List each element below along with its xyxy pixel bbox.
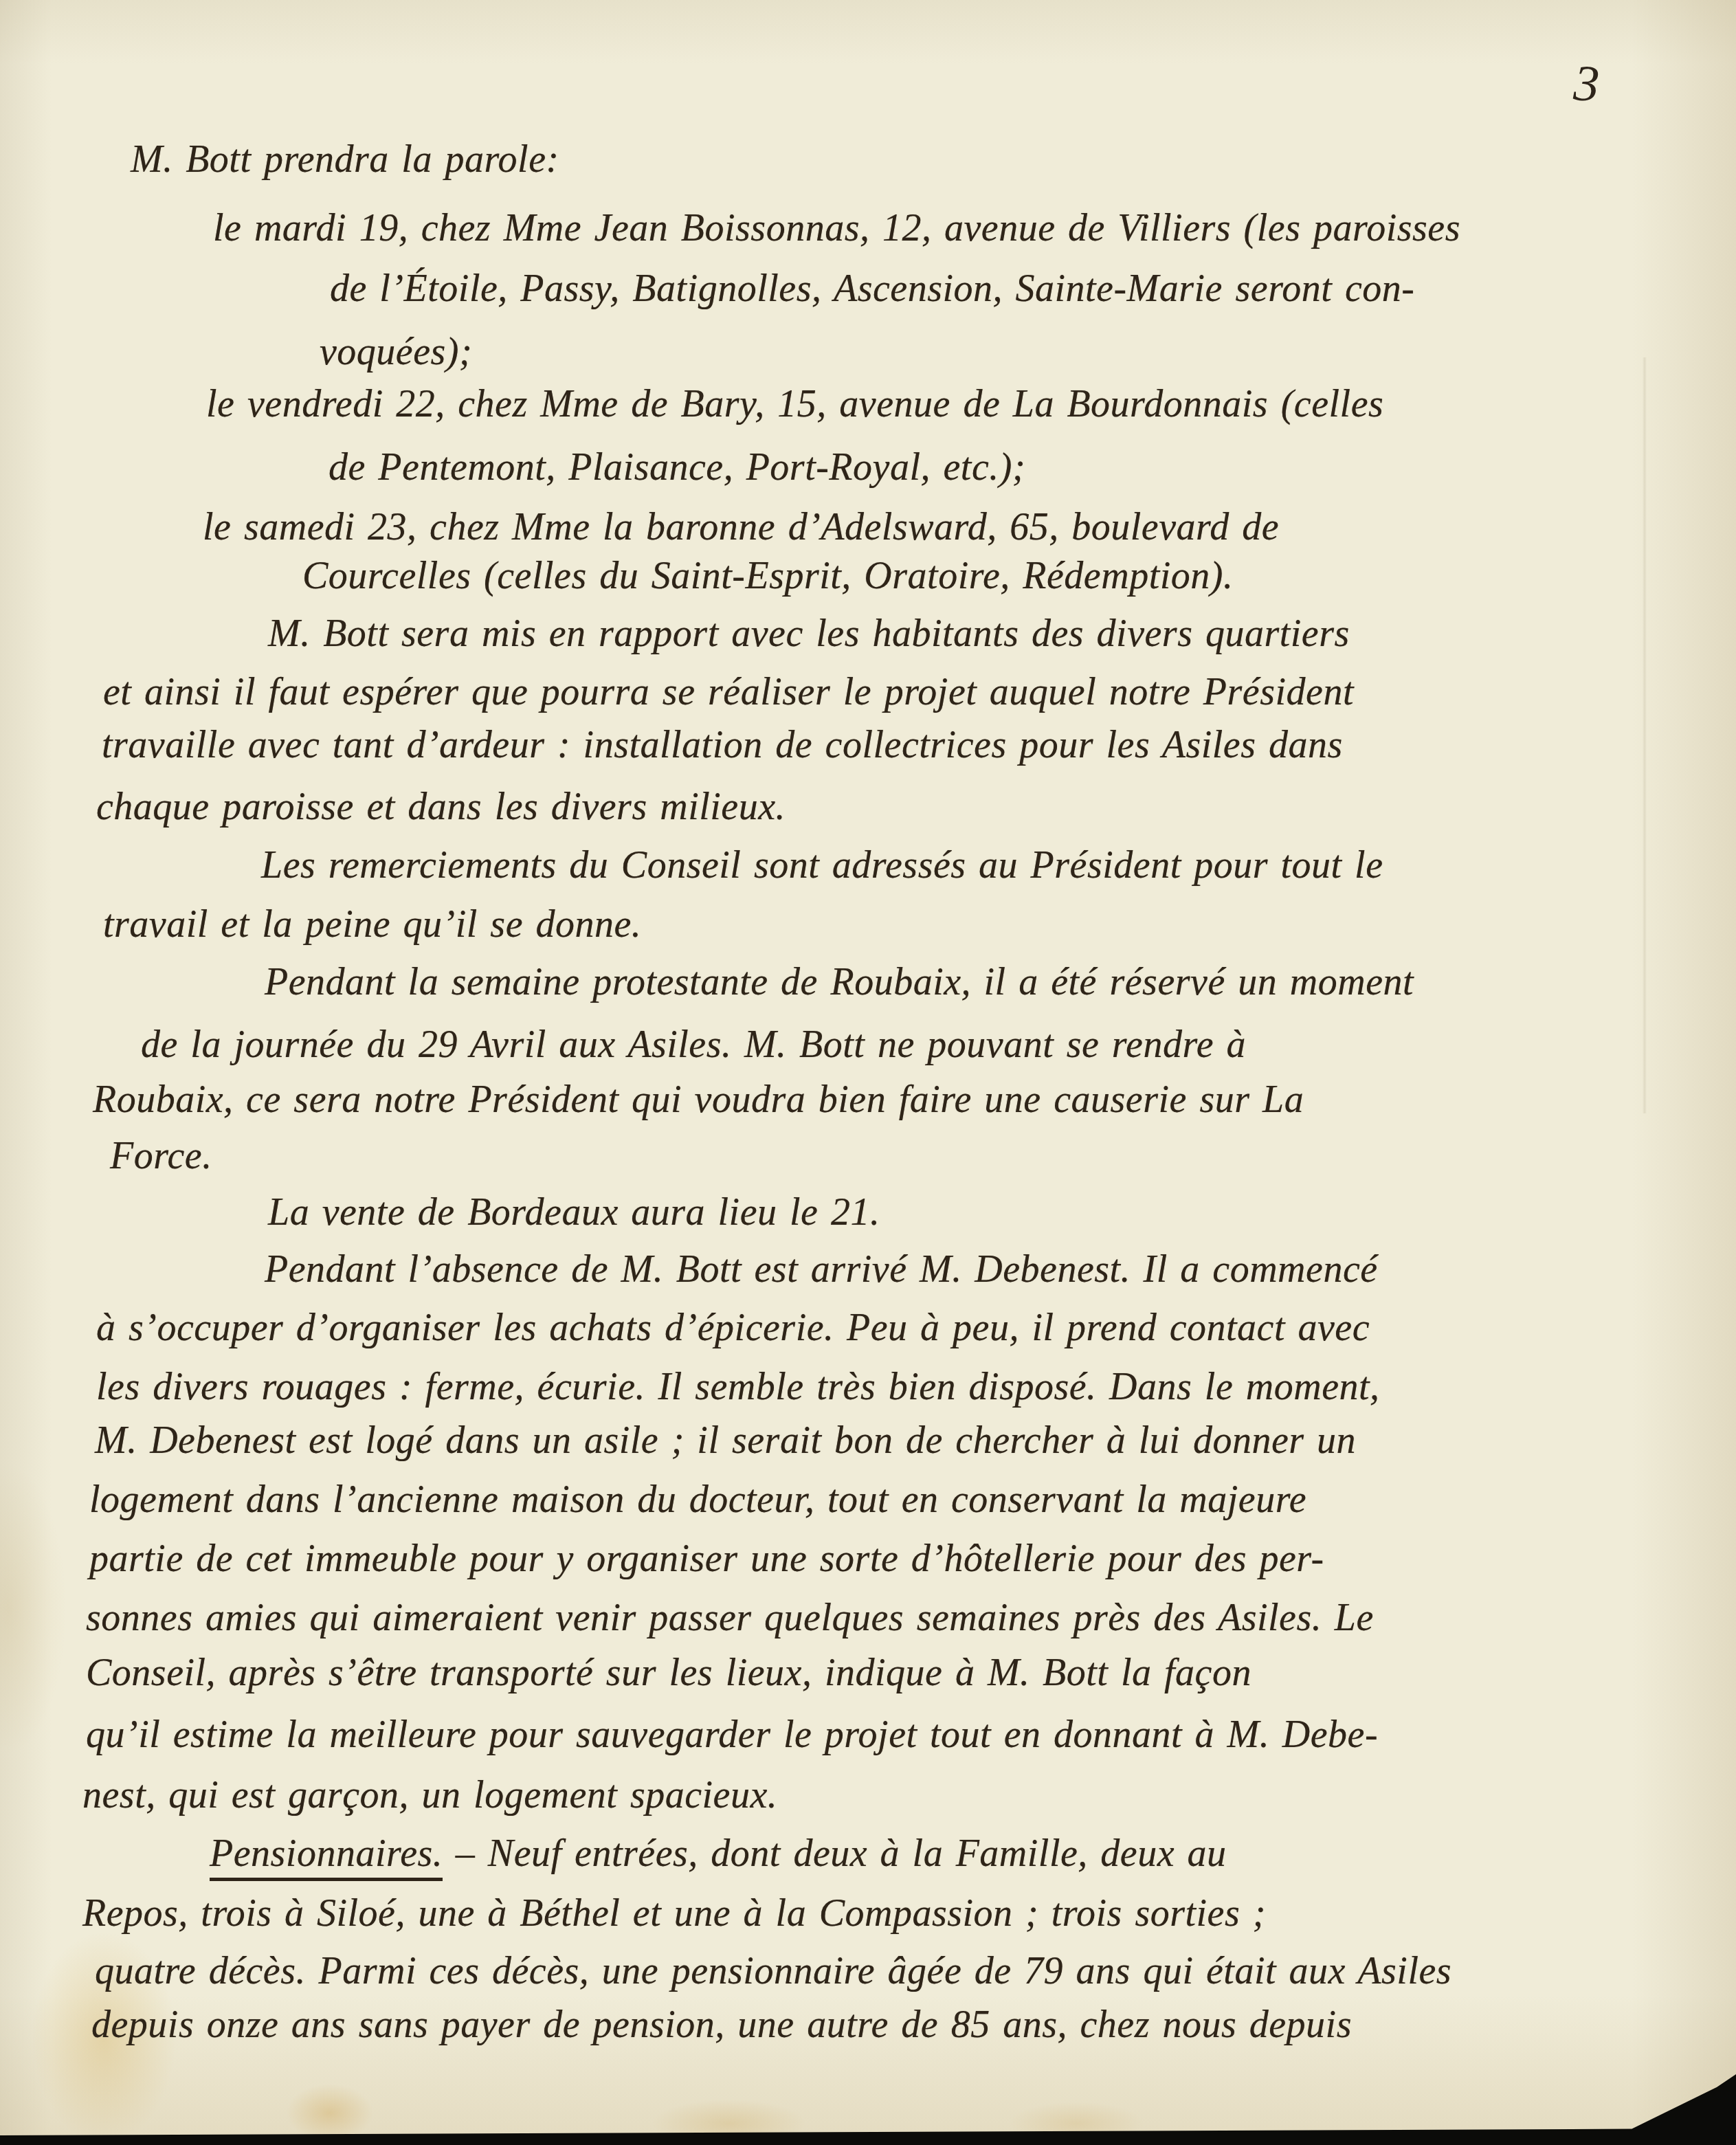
text-line: Pensionnaires. – Neuf entrées, dont deux…: [210, 1832, 1227, 1876]
text-line: de la journée du 29 Avril aux Asiles. M.…: [141, 1023, 1246, 1067]
text-line: le mardi 19, chez Mme Jean Boissonnas, 1…: [213, 206, 1460, 250]
text-line: M. Bott sera mis en rapport avec les hab…: [268, 612, 1350, 656]
text-line: de l’Étoile, Passy, Batignolles, Ascensi…: [330, 267, 1414, 311]
text-line: sonnes amies qui aimeraient venir passer…: [86, 1596, 1374, 1640]
text-line: à s’occuper d’organiser les achats d’épi…: [96, 1306, 1370, 1350]
manuscript-text: M. Bott prendra la parole:le mardi 19, c…: [0, 0, 1736, 2145]
text-line: de Pentemont, Plaisance, Port-Royal, etc…: [329, 445, 1025, 489]
text-line: depuis onze ans sans payer de pension, u…: [91, 2003, 1352, 2047]
text-line: Roubaix, ce sera notre Président qui vou…: [93, 1078, 1304, 1122]
text-line: partie de cet immeuble pour y organiser …: [89, 1537, 1324, 1581]
text-line: chaque paroisse et dans les divers milie…: [96, 785, 786, 829]
text-line: Pendant l’absence de M. Bott est arrivé …: [265, 1247, 1378, 1291]
text-line: et ainsi il faut espérer que pourra se r…: [103, 670, 1354, 714]
text-line: travail et la peine qu’il se donne.: [103, 902, 641, 946]
text-line: M. Bott prendra la parole:: [131, 137, 559, 181]
text-line: qu’il estime la meilleure pour sauvegard…: [86, 1713, 1378, 1757]
text-line: nest, qui est garçon, un logement spacie…: [82, 1773, 777, 1817]
text-line: Force.: [110, 1134, 212, 1178]
text-line: La vente de Bordeaux aura lieu le 21.: [268, 1190, 880, 1234]
line-text: – Neuf entrées, dont deux à la Famille, …: [443, 1832, 1226, 1875]
text-line: travaille avec tant d’ardeur : installat…: [102, 723, 1343, 767]
text-line: Les remerciements du Conseil sont adress…: [261, 843, 1383, 887]
text-line: le samedi 23, chez Mme la baronne d’Adel…: [203, 505, 1279, 549]
text-line: quatre décès. Parmi ces décès, une pensi…: [95, 1949, 1451, 1993]
text-line: Pendant la semaine protestante de Roubai…: [265, 960, 1414, 1004]
text-line: Repos, trois à Siloé, une à Béthel et un…: [82, 1891, 1266, 1935]
text-line: le vendredi 22, chez Mme de Bary, 15, av…: [206, 382, 1383, 426]
text-line: logement dans l’ancienne maison du docte…: [89, 1478, 1306, 1522]
text-line: voquées);: [320, 330, 472, 374]
scanned-page: 3 M. Bott prendra la parole:le mardi 19,…: [0, 0, 1736, 2145]
text-line: Conseil, après s’être transporté sur les…: [86, 1651, 1251, 1695]
text-line: M. Debenest est logé dans un asile ; il …: [95, 1419, 1356, 1463]
text-line: Courcelles (celles du Saint-Esprit, Orat…: [302, 554, 1233, 598]
text-line: les divers rouages : ferme, écurie. Il s…: [96, 1365, 1380, 1409]
underlined-heading: Pensionnaires.: [210, 1832, 443, 1881]
